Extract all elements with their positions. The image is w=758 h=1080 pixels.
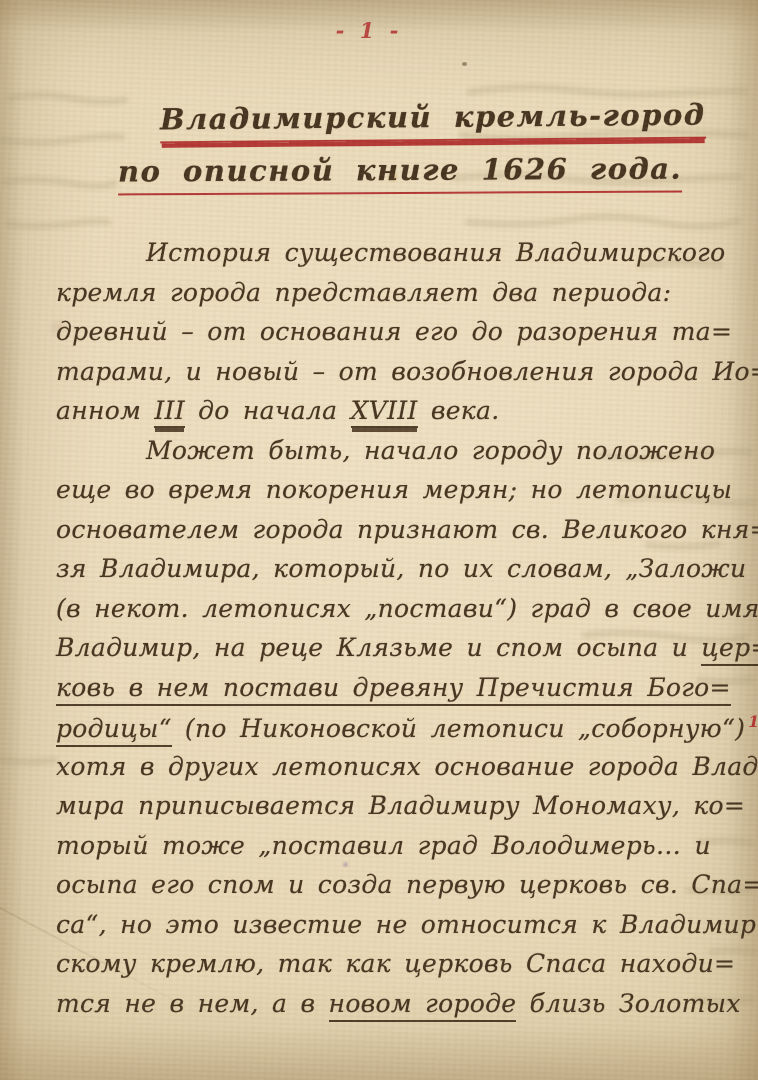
manuscript-text-segment: са“, но это известие не относится к Влад… (56, 910, 758, 939)
manuscript-body: История существования Владимирскогокремл… (56, 238, 724, 1028)
manuscript-line: История существования Владимирского (56, 238, 724, 278)
manuscript-line: тся не в нем, а в новом городе близь Зол… (56, 989, 724, 1029)
manuscript-text-segment: тся не в нем, а в (56, 989, 329, 1018)
manuscript-line: Может быть, начало городу положено (56, 436, 724, 476)
manuscript-text-segment: древний – от основания его до разорения … (56, 317, 732, 346)
page-number: - 1 - (0, 18, 748, 43)
manuscript-text-segment: торый тоже „поставил град Володимерь… и (56, 831, 711, 860)
manuscript-text-segment: (в некот. летописях „постави“) град в св… (56, 594, 758, 623)
manuscript-text-segment: кремля города представляет два периода: (56, 278, 671, 307)
manuscript-text-segment: ковь в нем постави древяну Пречистия Бог… (56, 673, 731, 706)
title-line-2: по описной книге 1626 года. (118, 152, 682, 196)
manuscript-line: скому кремлю, так как церковь Спаса нахо… (56, 949, 724, 989)
manuscript-text-segment: близь Золотых (516, 989, 740, 1018)
manuscript-line: осыпа его спом и созда первую церковь св… (56, 870, 724, 910)
manuscript-text-segment: века. (418, 396, 500, 425)
manuscript-line: родицы“ (по Никоновской летописи „соборн… (56, 712, 724, 752)
manuscript-line: еще во время покорения мерян; но летопис… (56, 475, 724, 515)
manuscript-text-segment: анном (56, 396, 154, 425)
manuscript-text-segment: (по Никоновской летописи „соборную“) (172, 714, 745, 743)
manuscript-text-segment: мира приписывается Владимиру Мономаху, к… (56, 791, 745, 820)
manuscript-line: тарами, и новый – от возобновления город… (56, 357, 724, 397)
manuscript-text-segment: основателем города признают св. Великого… (56, 515, 758, 544)
manuscript-line: основателем города признают св. Великого… (56, 515, 724, 555)
manuscript-text-segment: XVIII (351, 396, 418, 428)
manuscript-line: анном III до начала XVIII века. (56, 396, 724, 436)
manuscript-text-segment: III (154, 396, 185, 428)
manuscript-line: кремля города представляет два периода: (56, 278, 724, 318)
ink-speck (462, 62, 467, 66)
manuscript-text-segment: еще во время покорения мерян; но летопис… (56, 475, 732, 504)
title-line-1: Владимирский кремль-город (160, 98, 706, 144)
manuscript-line: хотя в других летописях основание города… (56, 752, 724, 792)
manuscript-text-segment: Может быть, начало городу положено (146, 436, 715, 465)
manuscript-page: - 1 - Владимирский кремль-город по описн… (0, 0, 758, 1080)
footnote-marker: 1) (748, 712, 758, 731)
manuscript-text-segment: хотя в других летописях основание города… (56, 752, 758, 781)
manuscript-text-segment: зя Владимира, который, по их словам, „За… (56, 554, 746, 583)
manuscript-text-segment: цер= (701, 633, 758, 666)
manuscript-line: Владимир, на реце Клязьме и спом осыпа и… (56, 633, 724, 673)
manuscript-line: ковь в нем постави древяну Пречистия Бог… (56, 673, 724, 713)
manuscript-line: (в некот. летописях „постави“) град в св… (56, 594, 724, 634)
manuscript-text-segment: родицы“ (56, 714, 172, 747)
manuscript-text-segment: осыпа его спом и созда первую церковь св… (56, 870, 758, 899)
manuscript-line: древний – от основания его до разорения … (56, 317, 724, 357)
manuscript-line: мира приписывается Владимиру Мономаху, к… (56, 791, 724, 831)
manuscript-text-segment: Владимир, на реце Клязьме и спом осыпа и (56, 633, 701, 662)
manuscript-line: зя Владимира, который, по их словам, „За… (56, 554, 724, 594)
manuscript-text-segment: новом городе (329, 989, 517, 1022)
manuscript-line: са“, но это известие не относится к Влад… (56, 910, 724, 950)
manuscript-text-segment: до начала (185, 396, 351, 425)
manuscript-text-segment: История существования Владимирского (146, 238, 725, 267)
manuscript-line: торый тоже „поставил град Володимерь… и (56, 831, 724, 871)
manuscript-text-segment: тарами, и новый – от возобновления город… (56, 357, 758, 386)
manuscript-text-segment: скому кремлю, так как церковь Спаса нахо… (56, 949, 735, 978)
